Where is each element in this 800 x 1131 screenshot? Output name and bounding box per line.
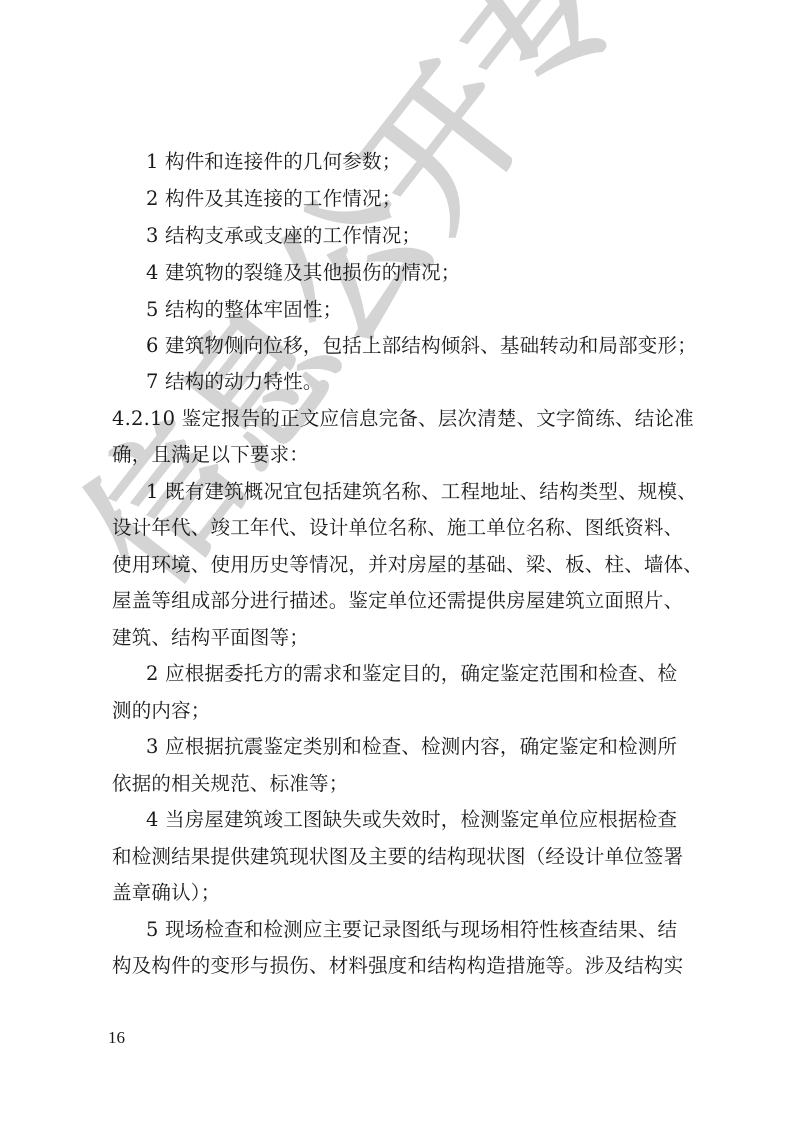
text-line: 使用环境、使用历史等情况，并对房屋的基础、梁、板、柱、墙体、 [112, 553, 703, 577]
text-line: 5 结构的整体牢固性； [146, 298, 342, 322]
text-line: 依据的相关规范、标准等； [112, 772, 348, 796]
text-line: 2 应根据委托方的需求和鉴定目的，确定鉴定范围和检查、检 [146, 662, 677, 686]
text-line: 测的内容； [112, 699, 211, 723]
page-number: 16 [108, 1028, 125, 1048]
text-line: 2 构件及其连接的工作情况； [146, 187, 401, 211]
text-line: 盖章确认）； [112, 881, 220, 905]
document-page: 信息公开专用 1 构件和连接件的几何参数；2 构件及其连接的工作情况；3 结构支… [0, 0, 800, 1131]
text-line: 确，且满足以下要求： [112, 443, 309, 467]
text-line: 3 结构支承或支座的工作情况； [146, 224, 421, 248]
text-line: 屋盖等组成部分进行描述。鉴定单位还需提供房屋建筑立面照片、 [112, 589, 683, 613]
text-line: 6 建筑物侧向位移，包括上部结构倾斜、基础转动和局部变形； [146, 334, 697, 358]
text-line: 1 既有建筑概况宜包括建筑名称、工程地址、结构类型、规模、 [146, 480, 697, 504]
text-line: 5 现场检查和检测应主要记录图纸与现场相符性核查结果、结 [146, 918, 677, 942]
text-line: 构及构件的变形与损伤、材料强度和结构构造措施等。涉及结构实 [112, 954, 683, 978]
text-line: 设计年代、竣工年代、设计单位名称、施工单位名称、图纸资料、 [112, 516, 683, 540]
text-line: 3 应根据抗震鉴定类别和检查、检测内容，确定鉴定和检测所 [146, 735, 677, 759]
text-line: 4.2.10 鉴定报告的正文应信息完备、层次清楚、文字简练、结论准 [112, 407, 694, 431]
text-line: 7 结构的动力特性。 [146, 370, 323, 394]
text-line: 建筑、结构平面图等； [112, 626, 309, 650]
text-line: 4 建筑物的裂缝及其他损伤的情况； [146, 261, 461, 285]
text-line: 和检测结果提供建筑现状图及主要的结构现状图（经设计单位签署 [112, 845, 683, 869]
text-line: 1 构件和连接件的几何参数； [146, 150, 401, 174]
text-line: 4 当房屋建筑竣工图缺失或失效时，检测鉴定单位应根据检查 [146, 808, 677, 832]
